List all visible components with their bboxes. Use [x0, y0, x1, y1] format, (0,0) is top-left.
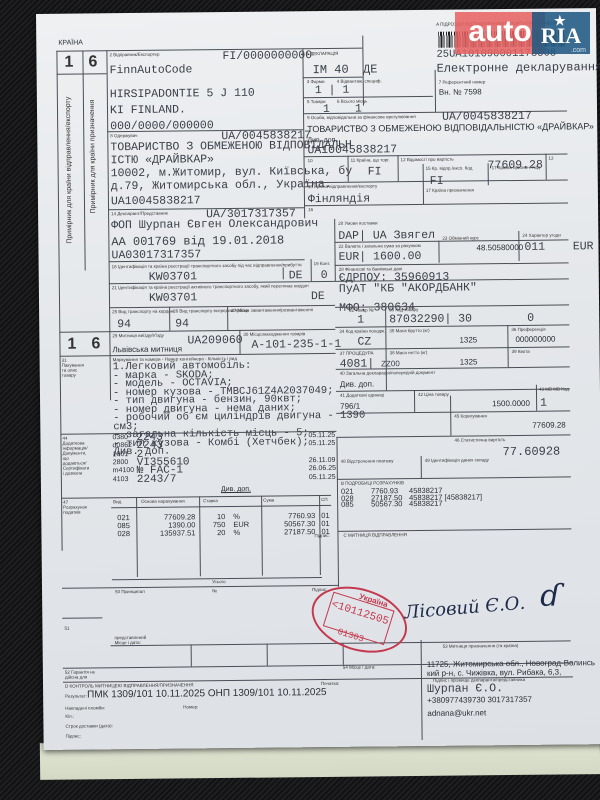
total-label: Усього	[212, 579, 226, 584]
calc-header: Сума	[263, 498, 274, 503]
mv-label: 43 МВ МВ Код	[539, 386, 569, 391]
box12-label: 12 Відомості про вартість	[401, 157, 454, 163]
units: 796/1	[340, 402, 360, 411]
origin: CZ	[357, 336, 371, 349]
hs-label: 33 Код товару	[389, 307, 418, 312]
autoria-logo-ria: ★ RIA .com	[532, 12, 590, 54]
box1-a-lower: 1	[67, 336, 76, 354]
goods-loc: A-101-235-1-1	[251, 338, 341, 352]
transport-inland: 94	[175, 317, 189, 330]
sender-block: FinnAutoCode HIRSIPADONTIE 5 J 110 KI FI…	[110, 62, 256, 136]
calc-header: Ставка	[203, 498, 218, 503]
declarant-email: adnana@ukr.net	[427, 708, 486, 718]
customs-declaration-sheet: КРАЇНА 1 6 Примірник для країни відправл…	[36, 8, 600, 750]
side-label-export: Примірник для країни відправлення/експор…	[65, 97, 74, 244]
guarantee-label: 52 Гарантія не дійсна для	[65, 669, 105, 679]
signature-label: Підпис:	[66, 734, 81, 739]
calc-label: 47 Розрахунок податків	[63, 499, 89, 514]
seals-no-label: Номер:	[183, 704, 198, 709]
exchange-label: 23 Обмінний курс	[442, 235, 479, 240]
box17a-label: 17 Країна признач. Код	[492, 165, 540, 171]
calc-header: Основа нарахування	[141, 498, 185, 503]
loading-label: 27 Місце завантаження/розвантаження	[231, 307, 313, 313]
forms-value: 1 | 1	[315, 84, 350, 97]
deferred-label: 48 Відстрочення платежу	[341, 458, 394, 464]
docs-see: Див. доп.	[221, 486, 251, 493]
box1-b-lower: 6	[91, 335, 100, 353]
country-dispatch-label: 15 Країна відправлення/експорту	[308, 183, 377, 189]
packages-desc-label: 31 Пакування та опис товару	[62, 357, 86, 377]
seals-label: Накладені пломби:	[65, 705, 105, 710]
customs-name: Львівська митниця	[112, 344, 182, 354]
stamp-label: Печатка:	[321, 681, 339, 686]
calc-row: 028135937.5120%27187.5001	[111, 527, 331, 537]
signature-flourish: ɗ	[540, 579, 561, 614]
doc-row: 41032243/705.11.25	[113, 473, 363, 485]
fin-name: ТОВАРИСТВО З ОБМЕЖЕНОЮ ВІДПОВІДАЛЬНІСТЮ …	[307, 121, 594, 134]
stat-value: 77.60928	[503, 445, 561, 460]
calc-header: СП	[321, 497, 328, 502]
electronic-declaration: Електронне декларування	[437, 60, 600, 76]
principal-label: 50 Принципал	[115, 589, 145, 594]
pref-label: 36 Преференція	[511, 327, 545, 332]
box15a-value: FI	[430, 175, 444, 188]
reference-label: 7 Референтний номер	[439, 79, 486, 84]
adjust-label: 45 Коригування	[454, 413, 487, 418]
calc-header: Вид	[113, 499, 121, 504]
box1-b: 6	[88, 53, 97, 71]
box13-label: 13	[549, 156, 554, 161]
currency-total: EUR| 1600.00	[338, 250, 421, 264]
box11-value: FI	[368, 165, 382, 178]
adjust: 77609.28	[532, 420, 565, 429]
warehouse-label: 49 Ідентифікація даних складу	[425, 457, 489, 463]
docs-label: 44 Додаткова інформація/Документи, що до…	[62, 435, 88, 475]
sign-label: Підпис:	[314, 533, 329, 538]
packages-label: 6 Всього місць	[337, 99, 367, 104]
quota-label: 39 Квота	[512, 349, 530, 354]
place-date-54: 54 Місце і дата:	[343, 664, 376, 669]
customs-label: 29 Митниця виїзду/в'їзду	[112, 333, 163, 339]
principal-no: №	[212, 588, 217, 593]
transit-label: 53 Митниця призначення (та країна)	[443, 643, 519, 649]
declarant-address: 11725, Житомирська обл., Новоград-Волинс…	[427, 658, 595, 678]
country-label: КРАЇНА	[58, 40, 83, 47]
star-icon: ★	[554, 14, 566, 27]
side-label-import: Примірник для країни призначення	[89, 100, 97, 214]
box17-label: 17 Країна призначення	[426, 187, 474, 193]
declarant-block: ФОП Шурпан Євген Олександрович АА 001769…	[111, 217, 318, 262]
price-label: 42 Ціна товару	[418, 392, 449, 397]
currency-label: 22 Валюта і загальна сума за рахунком	[338, 243, 420, 249]
transaction-label: 24 Характер угоди	[522, 233, 560, 238]
net-label: 38 Маса нетто (кг)	[390, 350, 428, 355]
customs-code: UA209060	[187, 334, 242, 348]
transaction: 011 EUR	[524, 240, 593, 254]
exchange-rate: 48.50580000	[476, 243, 523, 252]
box1-a: 1	[64, 54, 73, 72]
docs-list: 0380224305.11.25d0862224305.11.251001228…	[112, 432, 362, 435]
vehicle-border-label: 21 Ідентифікація та країна реєстрації ак…	[112, 283, 309, 290]
goods-loc-label: 30 Місцезнаходження товарів	[243, 331, 305, 337]
control-result: ПМК 1309/101 10.11.2025 ОНП 1309/101 10.…	[87, 687, 327, 701]
declarant-sign-name: Шурпан Є.О.	[427, 682, 503, 696]
box11-label: 11 Країна, що торг.	[351, 157, 390, 162]
net: 1325	[460, 357, 478, 366]
origin-label: 34 Код країни походж.	[339, 328, 385, 333]
gross: 1325	[459, 335, 477, 344]
price: 1500.0000	[492, 399, 530, 408]
pref: 000000000	[515, 335, 555, 344]
prev-doc-label: 40 Загальна декларація/попередній докуме…	[340, 370, 435, 376]
result-label: Результат:	[65, 694, 87, 699]
prev-doc: Див. доп.	[340, 379, 374, 388]
receiver-label: 8 Одержувач	[110, 133, 137, 138]
procedure-label: 37 ПРОЦЕДУРА	[340, 350, 374, 355]
payment-row: 08550567.3045838217	[341, 497, 571, 506]
handwritten-signature: Лісовий Є.О.	[404, 593, 526, 624]
declarant-phone: +380977439730 3017317357	[427, 695, 532, 705]
vehicle-dep-label: 18 Ідентифікація та країна реєстрації тр…	[112, 262, 302, 269]
fin-label: 9 Особа, відповідальна за фінансове врег…	[307, 114, 416, 120]
box10-label: 10	[308, 158, 313, 163]
stat-label: 46 Статистична вартість	[454, 437, 505, 443]
item-no-label: 32 Товар №	[349, 307, 374, 312]
payment-label: B ПОДРОБИЦІ РОЗРАХУНКІВ	[341, 480, 404, 486]
reference-value: Вн. № 7598	[439, 87, 482, 96]
declaration-label: 1 ДЕКЛАРАЦІЯ	[306, 51, 338, 56]
delivery-date-label: Строк доставки (дата):	[65, 723, 112, 728]
declarant-label: 14 Декларант/Представник	[111, 211, 168, 217]
box51-label: 51	[64, 626, 69, 631]
sender-label: 2 Відправник/Експортер	[109, 52, 159, 58]
mv: 1	[540, 397, 547, 410]
gross-label: 35 Маса брутто (кг)	[389, 328, 429, 333]
units-label: 41 Додаткові одиниці	[340, 392, 384, 397]
box15a-label: 15 Кр. відпр./експ. Код	[426, 165, 473, 170]
transport-border-label: 25 Вид транспорту на кордоні	[112, 309, 174, 315]
declaration-type: IM 40 ДЕ	[313, 62, 378, 77]
box16-label: 16	[308, 207, 313, 212]
vehicle-border-country: DE	[311, 290, 325, 303]
item-no: 1	[357, 314, 364, 327]
specs-label: 4 Відвантаж. специф.	[337, 78, 382, 83]
transport-border: 94	[117, 318, 131, 331]
seals-count-label: Кіл.:	[65, 714, 74, 719]
container-label: 19 Конт.	[314, 261, 331, 266]
vehicle-border: KW03701	[149, 291, 197, 305]
delivery-label: 20 Умови поставки	[338, 220, 377, 225]
customs-dispatch-label: C МИТНИЦЯ ВІДПРАВЛЕННЯ	[343, 532, 406, 538]
